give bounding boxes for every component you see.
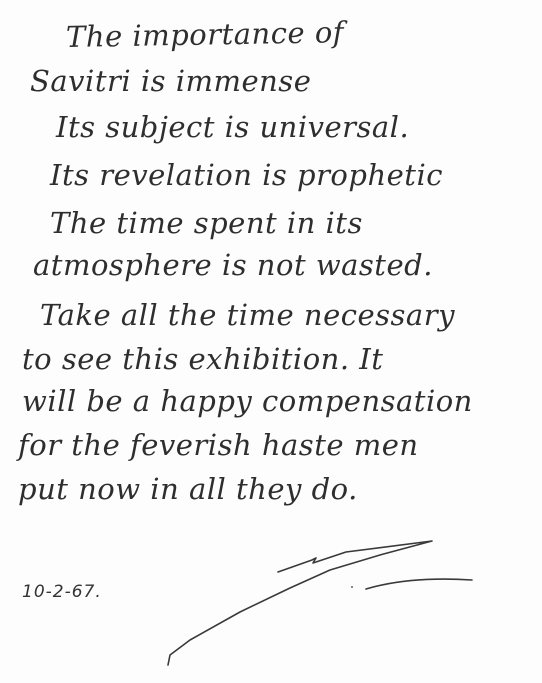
signature-mark <box>0 0 542 683</box>
handwritten-page: The importance of Savitri is immense Its… <box>0 0 542 683</box>
